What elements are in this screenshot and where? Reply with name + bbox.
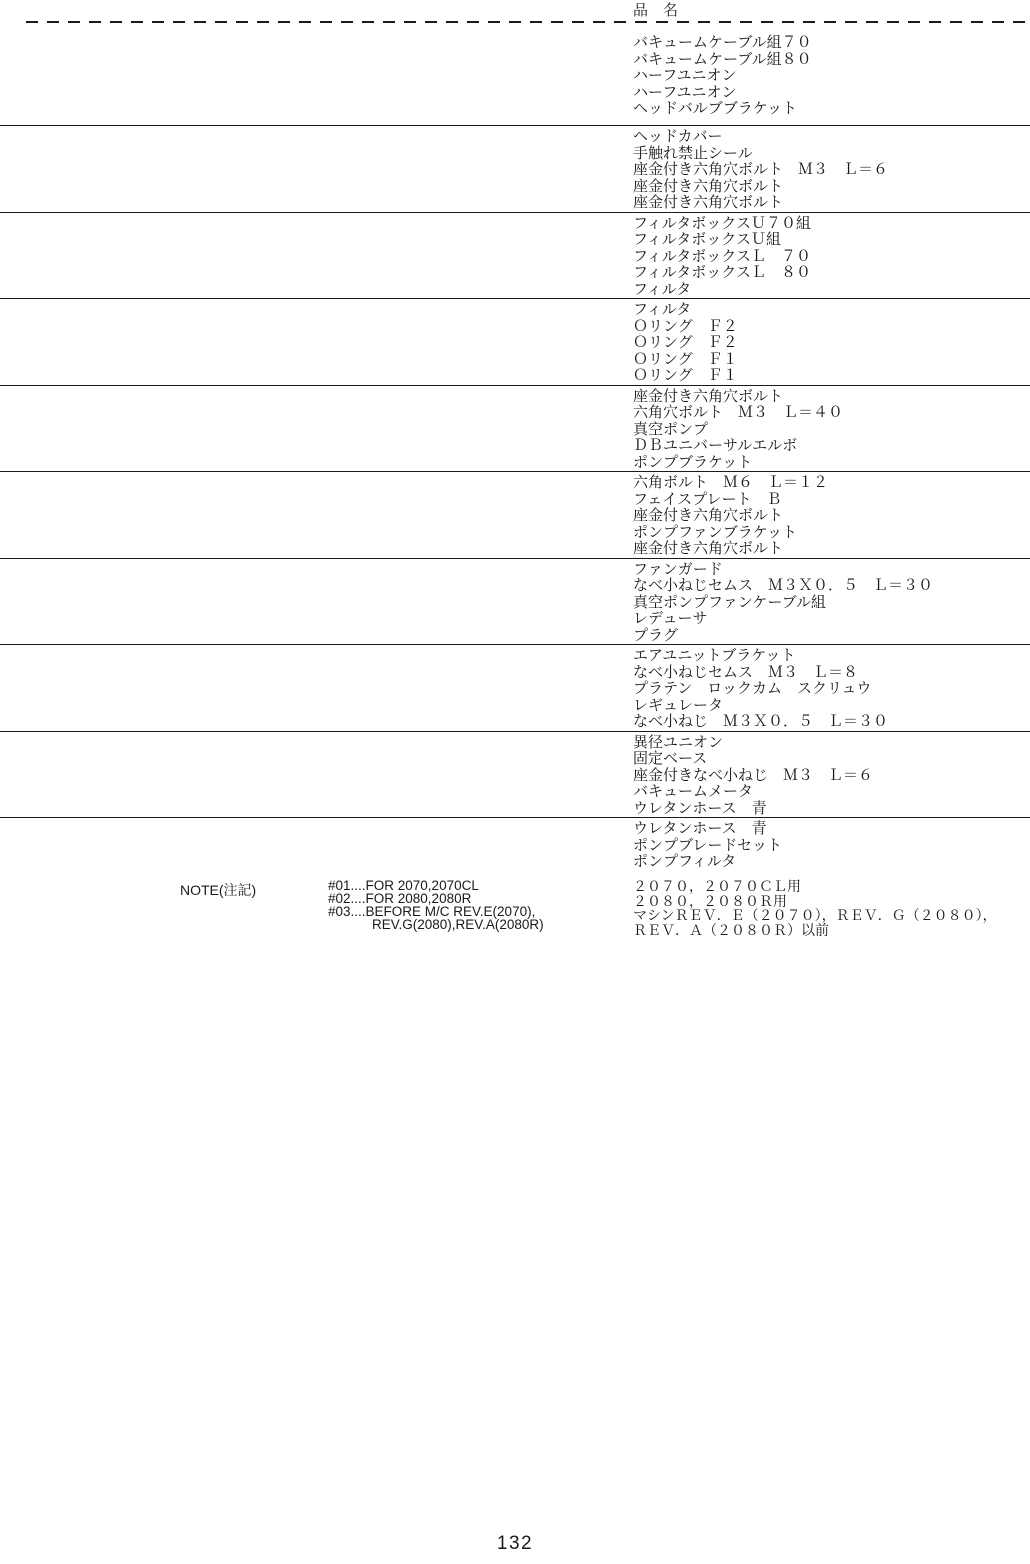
part-name-row: なべ小ねじセムス Ｍ３Ｘ０．５ Ｌ＝３０ xyxy=(633,578,1030,595)
parts-group: 座金付き六角穴ボルト六角穴ボルト Ｍ３ Ｌ＝４０真空ポンプＤＢユニバーサルエルボ… xyxy=(0,385,1030,472)
part-name-row: ポンプブレードセット xyxy=(633,838,1030,855)
part-name-row: Ｏリング Ｆ２ xyxy=(633,319,1030,336)
part-name-row: レデューサ xyxy=(633,611,1030,628)
part-name-row: Ｏリング Ｆ１ xyxy=(633,352,1030,369)
part-name-row: 手触れ禁止シール xyxy=(633,146,1030,163)
part-name-row: バキュームケーブル組７０ xyxy=(633,35,1030,52)
part-name-row: なべ小ねじ Ｍ３Ｘ０．５ Ｌ＝３０ xyxy=(633,714,1030,731)
parts-group: フィルタＯリング Ｆ２Ｏリング Ｆ２Ｏリング Ｆ１Ｏリング Ｆ１ xyxy=(0,298,1030,385)
part-name-row: レギュレータ xyxy=(633,698,1030,715)
note-line-ja: マシンＲＥＶ．Ｅ（２０７０），ＲＥＶ．Ｇ（２０８０）， xyxy=(633,908,997,923)
parts-group: エアユニットブラケットなべ小ねじセムス Ｍ３ Ｌ＝８プラテン ロックカム スクリ… xyxy=(0,644,1030,731)
part-name-row: バキュームケーブル組８０ xyxy=(633,52,1030,69)
part-name-row: ファンガード xyxy=(633,562,1030,579)
part-name-row: 座金付き六角穴ボルト xyxy=(633,389,1030,406)
part-name-row: ヘッドバルブブラケット xyxy=(633,101,1030,118)
part-name-row: フィルタボックスＬ ８０ xyxy=(633,265,1030,282)
part-name-row: 座金付き六角穴ボルト Ｍ３ Ｌ＝６ xyxy=(633,162,1030,179)
parts-group: 六角ボルト Ｍ６ Ｌ＝１２フェイスプレート Ｂ座金付き六角穴ボルトポンプファンブ… xyxy=(0,471,1030,558)
note-line-en: REV.G(2080),REV.A(2080R) xyxy=(328,918,544,931)
part-name-row: プラグ xyxy=(633,628,1030,645)
parts-group: バキュームケーブル組７０バキュームケーブル組８０ハーフユニオンハーフユニオンヘッ… xyxy=(0,23,1030,125)
part-name-row: フェイスプレート Ｂ xyxy=(633,492,1030,509)
part-name-row: バキュームメータ xyxy=(633,784,1030,801)
note-line-ja: ＲＥＶ．Ａ（２０８０Ｒ）以前 xyxy=(633,923,997,938)
part-name-row: ハーフユニオン xyxy=(633,85,1030,102)
part-name-row: フィルタボックスＬ ７０ xyxy=(633,249,1030,266)
parts-group: ウレタンホース 青ポンプブレードセットポンプフィルタ xyxy=(0,817,1030,871)
part-name-row: ポンプファンブラケット xyxy=(633,525,1030,542)
part-name-row: 六角ボルト Ｍ６ Ｌ＝１２ xyxy=(633,475,1030,492)
part-name-row: フィルタ xyxy=(633,302,1030,319)
part-name-row: 座金付きなべ小ねじ Ｍ３ Ｌ＝６ xyxy=(633,768,1030,785)
part-name-row: プラテン ロックカム スクリュウ xyxy=(633,681,1030,698)
part-name-row: Ｏリング Ｆ２ xyxy=(633,335,1030,352)
note-line-ja: ２０８０，２０８０Ｒ用 xyxy=(633,894,997,909)
part-name-row: 真空ポンプ xyxy=(633,422,1030,439)
page-number: 132 xyxy=(0,1533,1030,1555)
parts-group: ファンガードなべ小ねじセムス Ｍ３Ｘ０．５ Ｌ＝３０真空ポンプファンケーブル組レ… xyxy=(0,558,1030,645)
part-name-row: ハーフユニオン xyxy=(633,68,1030,85)
parts-group: フィルタボックスＵ７０組フィルタボックスＵ組フィルタボックスＬ ７０フィルタボッ… xyxy=(0,212,1030,299)
parts-group: 異径ユニオン固定ベース座金付きなべ小ねじ Ｍ３ Ｌ＝６バキュームメータウレタンホ… xyxy=(0,731,1030,818)
part-name-row: エアユニットブラケット xyxy=(633,648,1030,665)
parts-list-page: 品 名 バキュームケーブル組７０バキュームケーブル組８０ハーフユニオンハーフユニ… xyxy=(0,0,1030,1564)
part-name-row: なべ小ねじセムス Ｍ３ Ｌ＝８ xyxy=(633,665,1030,682)
part-name-row: 座金付き六角穴ボルト xyxy=(633,541,1030,558)
part-name-row: 異径ユニオン xyxy=(633,735,1030,752)
column-header-part-name: 品 名 xyxy=(633,3,678,18)
note-entries-english: #01....FOR 2070,2070CL#02....FOR 2080,20… xyxy=(328,879,544,931)
part-name-row: 座金付き六角穴ボルト xyxy=(633,179,1030,196)
part-name-row: ウレタンホース 青 xyxy=(633,801,1030,818)
note-entries-japanese: ２０７０，２０７０ＣＬ用２０８０，２０８０Ｒ用マシンＲＥＶ．Ｅ（２０７０），ＲＥ… xyxy=(633,879,997,937)
note-line-ja: ２０７０，２０７０ＣＬ用 xyxy=(633,879,997,894)
parts-group: ヘッドカバー手触れ禁止シール座金付き六角穴ボルト Ｍ３ Ｌ＝６座金付き六角穴ボル… xyxy=(0,125,1030,212)
part-name-row: 六角穴ボルト Ｍ３ Ｌ＝４０ xyxy=(633,405,1030,422)
part-name-row: フィルタボックスＵ組 xyxy=(633,232,1030,249)
part-name-row: ＤＢユニバーサルエルボ xyxy=(633,438,1030,455)
note-label: NOTE(注記) xyxy=(180,880,256,900)
part-name-row: Ｏリング Ｆ１ xyxy=(633,368,1030,385)
parts-table-body: バキュームケーブル組７０バキュームケーブル組８０ハーフユニオンハーフユニオンヘッ… xyxy=(0,23,1030,871)
part-name-row: ウレタンホース 青 xyxy=(633,821,1030,838)
part-name-row: 真空ポンプファンケーブル組 xyxy=(633,595,1030,612)
part-name-row: フィルタボックスＵ７０組 xyxy=(633,216,1030,233)
part-name-row: フィルタ xyxy=(633,282,1030,299)
part-name-row: 固定ベース xyxy=(633,751,1030,768)
part-name-row: ポンプフィルタ xyxy=(633,854,1030,871)
part-name-row: 座金付き六角穴ボルト xyxy=(633,508,1030,525)
part-name-row: ヘッドカバー xyxy=(633,129,1030,146)
part-name-row: 座金付き六角穴ボルト xyxy=(633,195,1030,212)
part-name-row: ポンプブラケット xyxy=(633,455,1030,472)
